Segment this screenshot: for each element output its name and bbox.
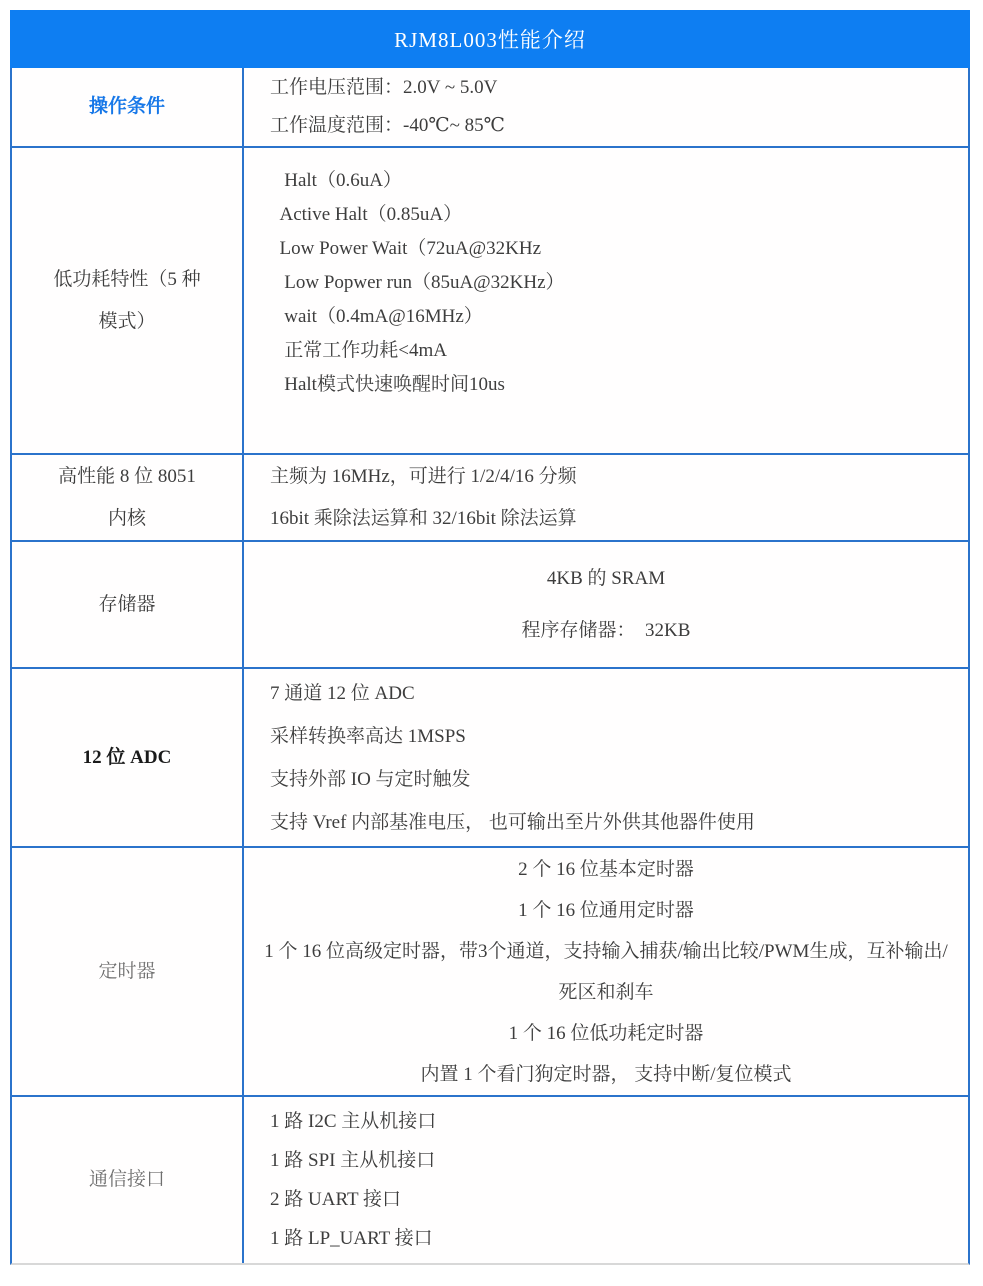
text-line: 1 路 LP_UART 接口 [270, 1219, 954, 1258]
text-line: 工作温度范围：-40℃~ 85℃ [270, 107, 954, 145]
text-line: wait（0.4mA@16MHz） [270, 300, 954, 334]
text-line: 1 路 I2C 主从机接口 [270, 1102, 954, 1141]
row-adc: 12 位 ADC 7 通道 12 位 ADC采样转换率高达 1MSPS支持外部 … [12, 669, 968, 848]
cell-content-adc: 7 通道 12 位 ADC采样转换率高达 1MSPS支持外部 IO 与定时触发支… [244, 669, 968, 846]
text-line: 通信接口 [12, 1159, 242, 1201]
cell-label-timers: 定时器 [12, 848, 244, 1095]
text-line: 1 个 16 位低功耗定时器 [258, 1013, 954, 1054]
cell-content-comm-interfaces: 1 路 I2C 主从机接口1 路 SPI 主从机接口2 路 UART 接口1 路… [244, 1097, 968, 1263]
text-line: 内核 [12, 498, 242, 540]
cell-content-timers: 2 个 16 位基本定时器1 个 16 位通用定时器1 个 16 位高级定时器，… [244, 848, 968, 1095]
cell-content-operating-conditions: 工作电压范围：2.0V ~ 5.0V工作温度范围：-40℃~ 85℃ [244, 68, 968, 146]
text-line: 定时器 [12, 951, 242, 993]
cell-content-low-power-modes: Halt（0.6uA） Active Halt（0.85uA） Low Powe… [244, 148, 968, 453]
text-line: 7 通道 12 位 ADC [270, 672, 954, 715]
text-line: Halt（0.6uA） [270, 164, 954, 198]
text-line: 程序存储器： 32KB [258, 605, 954, 657]
cell-label-8051-core: 高性能 8 位 8051内核 [12, 455, 244, 540]
text-line: 模式） [12, 301, 242, 343]
text-line: 低功耗特性（5 种 [12, 259, 242, 301]
text-line: Low Power Wait（72uA@32KHz [270, 232, 954, 266]
text-line: Halt模式快速唤醒时间10us [270, 368, 954, 402]
row-operating-conditions: 操作条件 工作电压范围：2.0V ~ 5.0V工作温度范围：-40℃~ 85℃ [12, 68, 968, 148]
cell-content-memory: 4KB 的 SRAM程序存储器： 32KB [244, 542, 968, 667]
text-line: 高性能 8 位 8051 [12, 456, 242, 498]
text-line: 4KB 的 SRAM [258, 553, 954, 605]
row-memory: 存储器 4KB 的 SRAM程序存储器： 32KB [12, 542, 968, 669]
cell-label-low-power-modes: 低功耗特性（5 种模式） [12, 148, 244, 453]
text-line: 12 位 ADC [12, 737, 242, 779]
table-title: RJM8L003性能介绍 [10, 10, 970, 68]
text-line: 内置 1 个看门狗定时器， 支持中断/复位模式 [258, 1054, 954, 1095]
text-line: Low Popwer run（85uA@32KHz） [270, 266, 954, 300]
text-line: 操作条件 [12, 86, 242, 128]
cell-content-8051-core: 主频为 16MHz，可进行 1/2/4/16 分频16bit 乘除法运算和 32… [244, 455, 968, 540]
text-line: 支持 Vref 内部基准电压， 也可输出至片外供其他器件使用 [270, 801, 954, 844]
text-line: 1 个 16 位通用定时器 [258, 890, 954, 931]
text-line: 2 路 UART 接口 [270, 1180, 954, 1219]
text-line: 1 路 SPI 主从机接口 [270, 1141, 954, 1180]
text-line: 支持外部 IO 与定时触发 [270, 758, 954, 801]
cell-label-operating-conditions: 操作条件 [12, 68, 244, 146]
text-line: 存储器 [12, 584, 242, 626]
spec-table: RJM8L003性能介绍 操作条件 工作电压范围：2.0V ~ 5.0V工作温度… [10, 10, 970, 1265]
text-line: Active Halt（0.85uA） [270, 198, 954, 232]
cell-label-adc: 12 位 ADC [12, 669, 244, 846]
cell-label-comm-interfaces: 通信接口 [12, 1097, 244, 1263]
row-comm-interfaces: 通信接口 1 路 I2C 主从机接口1 路 SPI 主从机接口2 路 UART … [12, 1097, 968, 1263]
cell-label-memory: 存储器 [12, 542, 244, 667]
row-timers: 定时器 2 个 16 位基本定时器1 个 16 位通用定时器1 个 16 位高级… [12, 848, 968, 1097]
row-8051-core: 高性能 8 位 8051内核 主频为 16MHz，可进行 1/2/4/16 分频… [12, 455, 968, 542]
text-line: 主频为 16MHz，可进行 1/2/4/16 分频 [270, 456, 954, 498]
text-line: 1 个 16 位高级定时器，带3个通道，支持输入捕获/输出比较/PWM生成，互补… [258, 931, 954, 1013]
row-low-power-modes: 低功耗特性（5 种模式） Halt（0.6uA） Active Halt（0.8… [12, 148, 968, 455]
text-line: 16bit 乘除法运算和 32/16bit 除法运算 [270, 498, 954, 540]
text-line: 采样转换率高达 1MSPS [270, 715, 954, 758]
text-line: 工作电压范围：2.0V ~ 5.0V [270, 69, 954, 107]
text-line: 正常工作功耗<4mA [270, 334, 954, 368]
text-line: 2 个 16 位基本定时器 [258, 849, 954, 890]
